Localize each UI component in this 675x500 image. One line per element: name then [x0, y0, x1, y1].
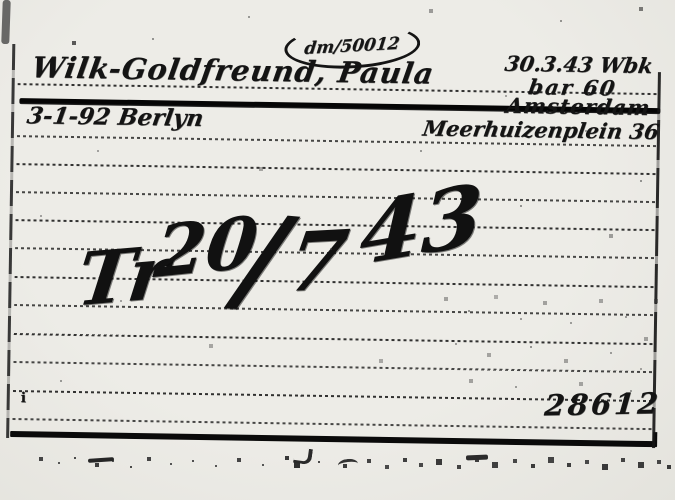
ruled-line [16, 191, 657, 203]
ruled-line [14, 333, 655, 345]
city-entry: Amsterdam [505, 95, 652, 118]
registration-date-entry: 30.3.43 Wbk [504, 53, 655, 76]
birth-entry: 3-1-92 Berlyn [25, 104, 205, 130]
noise-tilde [337, 458, 358, 471]
bottom-noise-band [0, 452, 2, 454]
ink-smudge-top-left [1, 0, 11, 44]
ruled-line [13, 361, 654, 373]
scanned-index-card: dm/50012 Wilk-Goldfreund, Paula 3-1-92 B… [0, 0, 675, 500]
noise-dash [88, 457, 114, 463]
name-entry: Wilk-Goldfreund, Paula [30, 53, 436, 88]
file-number: 28612 [543, 389, 662, 420]
transport-note-part: 7 [282, 219, 353, 304]
card-left-edge [6, 44, 15, 438]
index-card: dm/50012 Wilk-Goldfreund, Paula 3-1-92 B… [6, 0, 664, 451]
noise-dash [466, 455, 488, 461]
noise-mark [293, 447, 313, 465]
scan-speckles [0, 0, 2, 2]
card-bottom-edge [10, 431, 657, 447]
transport-note-part: 43 [359, 173, 485, 278]
address-entry: Meerhuizenplein 36 [421, 117, 660, 142]
ruled-line [16, 163, 657, 175]
margin-mark: i [21, 391, 27, 405]
scan-noise-patch [440, 288, 442, 290]
transport-note: Tr 20 / 7 43 [13, 0, 664, 10]
